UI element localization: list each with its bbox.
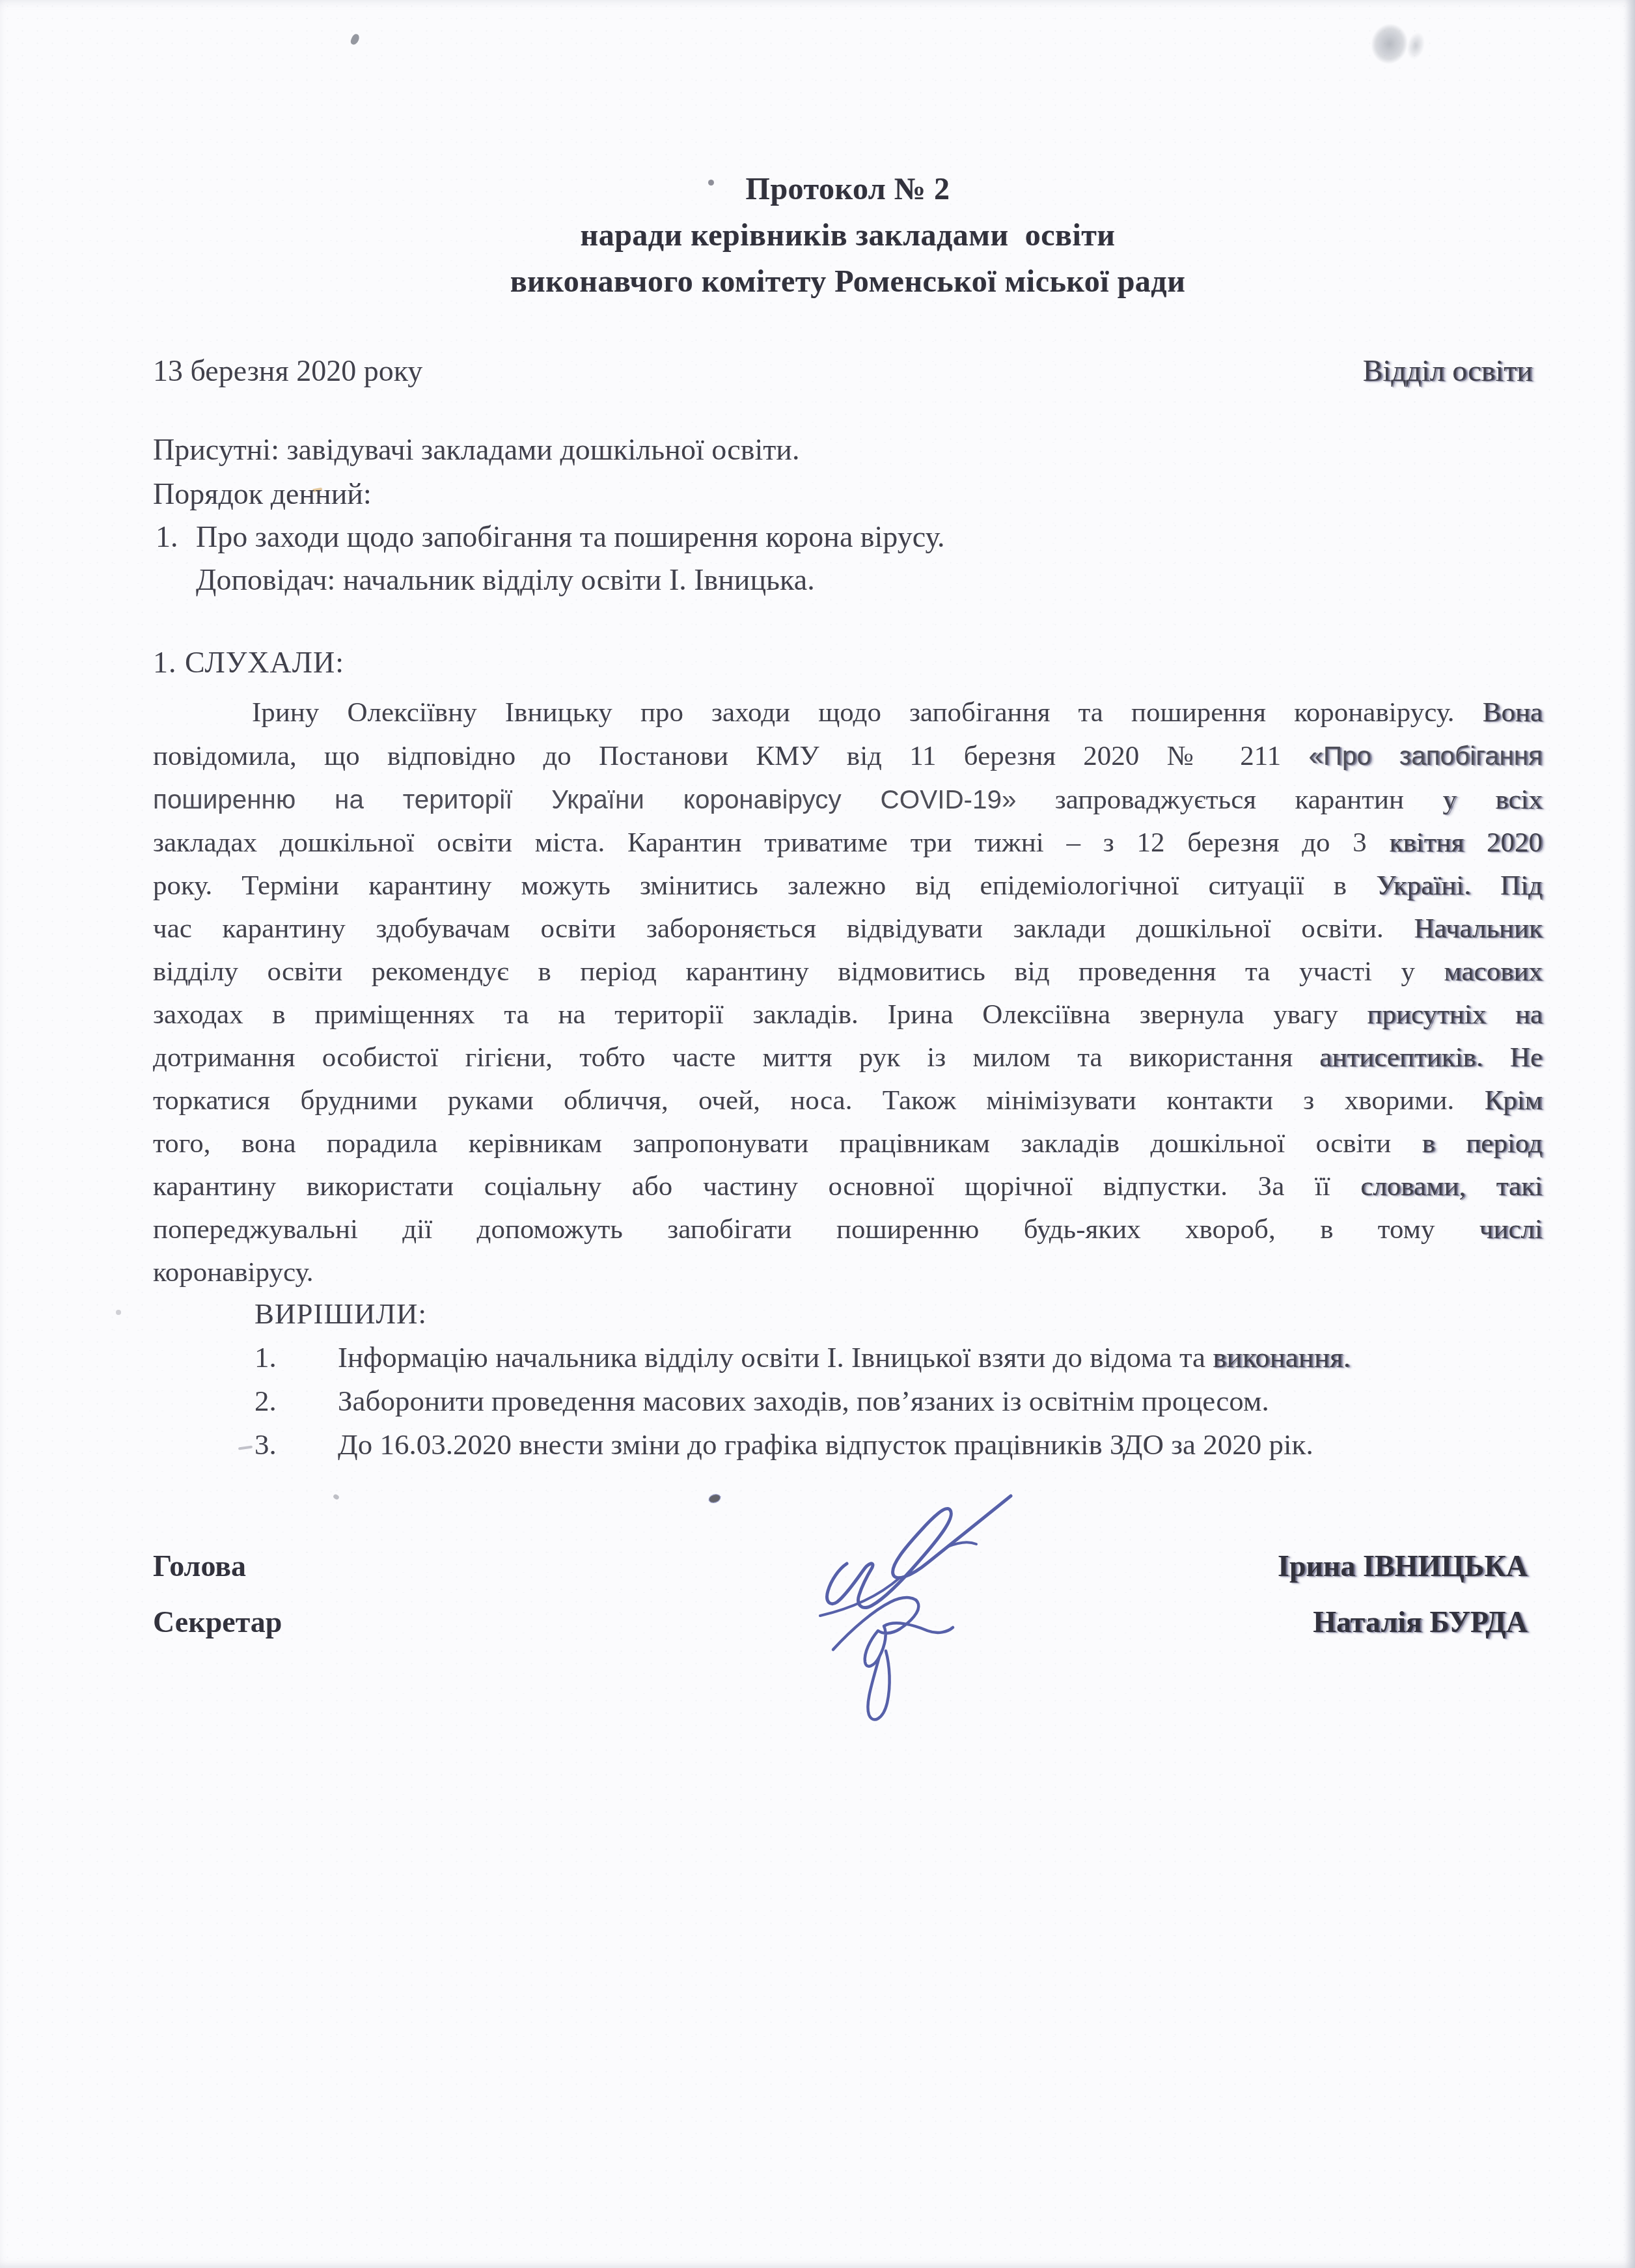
protocol-title-line: Протокол № 2 [153, 166, 1543, 212]
text-segment: Крім [1485, 1085, 1543, 1116]
text-segment: запроваджується карантин [1016, 784, 1442, 815]
resolution-item: 3.До 16.03.2020 внести зміни до графіка … [153, 1423, 1543, 1467]
resolved-section-label: ВИРІШИЛИ: [153, 1292, 1543, 1335]
text-segment: час карантину здобувачам освіти забороня… [153, 913, 1414, 944]
resolution-number: 2. [254, 1379, 338, 1423]
text-segment: присутніх на [1367, 999, 1543, 1030]
agenda-item-number: 1. [153, 516, 196, 559]
text-segment: числі [1479, 1214, 1543, 1245]
resolution-number: 3. [254, 1423, 338, 1467]
meta-row: 13 березня 2020 року Відділ освіти [153, 348, 1533, 394]
text-segment: Вона [1483, 697, 1543, 728]
paragraph-line: попереджувальні дії допоможуть запобігат… [153, 1208, 1543, 1251]
paragraph-line: Ірину Олексіївну Івницьку про заходи щод… [153, 691, 1543, 734]
present-line: Присутні: завідувачі закладами дошкільно… [153, 428, 1543, 471]
text-segment: карантину використати соціальну або част… [153, 1171, 1360, 1202]
document-scan-page: Протокол № 2 наради керівників закладами… [0, 0, 1635, 2268]
paragraph-line: поширенню на території України коронавір… [153, 778, 1543, 822]
resolution-item: 2.Заборонити проведення масових заходів,… [153, 1379, 1543, 1423]
text-segment: того, вона порадила керівникам запропону… [153, 1128, 1422, 1159]
signature-role: Голова [153, 1549, 246, 1583]
text-segment: виконання. [1213, 1341, 1351, 1374]
secretary-signature-stroke [833, 1597, 953, 1666]
speaker-line: Доповідач: начальник відділу освіти І. І… [153, 559, 1543, 602]
text-segment: дотримання особистої гігієни, тобто част… [153, 1042, 1319, 1073]
text-segment: повідомила, що відповідно до Постанови К… [153, 741, 1309, 771]
text-segment: торкатися брудними руками обличчя, очей,… [153, 1085, 1485, 1116]
agenda-item-text: Про заходи щодо запобігання та поширення… [196, 516, 944, 559]
secretary-signature-descender [868, 1651, 889, 1720]
protocol-title-line: наради керівників закладами освіти [153, 212, 1543, 258]
protocol-date: 13 березня 2020 року [153, 348, 422, 394]
paragraph-line: закладах дошкільної освіти міста. Карант… [153, 822, 1543, 864]
protocol-title-block: Протокол № 2 наради керівників закладами… [153, 166, 1543, 305]
text-segment: антисептиків. Не [1319, 1042, 1543, 1073]
text-segment: Заборонити проведення масових заходів, п… [338, 1385, 1269, 1417]
agenda-item: 1. Про заходи щодо запобігання та пошире… [153, 516, 1543, 559]
paragraph-line: року. Терміни карантину можуть змінитись… [153, 864, 1543, 907]
paragraph-line: карантину використати соціальну або част… [153, 1165, 1543, 1208]
protocol-title-line: виконавчого комітету Роменської міської … [153, 258, 1543, 305]
text-segment: поширенню на території України коронавір… [153, 784, 1016, 814]
paragraph-line: коронавірусу. [153, 1251, 1543, 1294]
resolution-text: До 16.03.2020 внести зміни до графіка ві… [338, 1423, 1543, 1467]
heard-paragraph: Ірину Олексіївну Івницьку про заходи щод… [153, 691, 1543, 1294]
scan-speck-artifact [350, 33, 361, 46]
paragraph-line: того, вона порадила керівникам запропону… [153, 1122, 1543, 1165]
handwritten-signatures [599, 1470, 1054, 1926]
text-segment: словами, такі [1360, 1171, 1543, 1202]
text-segment: в період [1422, 1128, 1543, 1159]
paragraph-line: торкатися брудними руками обличчя, очей,… [153, 1079, 1543, 1122]
text-segment: Начальник [1414, 913, 1543, 944]
text-segment: Україні. Під [1376, 870, 1543, 901]
text-segment: закладах дошкільної освіти міста. Карант… [153, 827, 1390, 858]
paragraph-line: час карантину здобувачам освіти забороня… [153, 907, 1543, 950]
resolution-text: Заборонити проведення масових заходів, п… [338, 1379, 1543, 1423]
text-segment: «Про запобігання [1309, 741, 1543, 771]
resolution-item: 1.Інформацію начальника відділу освіти І… [153, 1336, 1543, 1379]
paragraph-line: повідомила, що відповідно до Постанови К… [153, 734, 1543, 778]
text-segment: До 16.03.2020 внести зміни до графіка ві… [338, 1428, 1313, 1461]
scan-speck-artifact [116, 1310, 121, 1315]
text-segment: коронавірусу. [153, 1257, 313, 1288]
signature-name: Наталія БУРДА [1313, 1605, 1528, 1639]
heard-section-label: 1. СЛУХАЛИ: [153, 641, 1543, 684]
paragraph-line: відділу освіти рекомендує в період каран… [153, 950, 1543, 993]
signature-name: Ірина ІВНИЦЬКА [1278, 1549, 1528, 1583]
paragraph-line: дотримання особистої гігієни, тобто част… [153, 1036, 1543, 1079]
text-segment: відділу освіти рекомендує в період каран… [153, 956, 1444, 987]
signature-role: Секретар [153, 1605, 282, 1639]
text-segment: року. Терміни карантину можуть змінитись… [153, 870, 1376, 901]
text-segment: масових [1444, 956, 1543, 987]
text-segment: квітня 2020 [1390, 827, 1543, 858]
agenda-label: Порядок денний: [153, 473, 1543, 516]
resolution-text: Інформацію начальника відділу освіти І. … [338, 1336, 1543, 1379]
scan-smudge-artifact [1358, 11, 1435, 83]
ink-blot [708, 1493, 722, 1504]
department-label: Відділ освіти [1363, 348, 1533, 394]
resolutions-list: 1.Інформацію начальника відділу освіти І… [153, 1336, 1543, 1467]
text-segment: Ірину Олексіївну Івницьку про заходи щод… [252, 697, 1483, 728]
text-segment: Інформацію начальника відділу освіти І. … [338, 1341, 1213, 1374]
text-segment: заходах в приміщеннях та на території за… [153, 999, 1367, 1030]
paragraph-line: заходах в приміщеннях та на території за… [153, 993, 1543, 1036]
resolution-number: 1. [254, 1336, 338, 1379]
text-segment: попереджувальні дії допоможуть запобігат… [153, 1214, 1479, 1245]
text-segment: у всіх [1443, 784, 1543, 815]
scan-speck-artifact [333, 1493, 340, 1500]
chair-signature-stroke [827, 1496, 1011, 1607]
